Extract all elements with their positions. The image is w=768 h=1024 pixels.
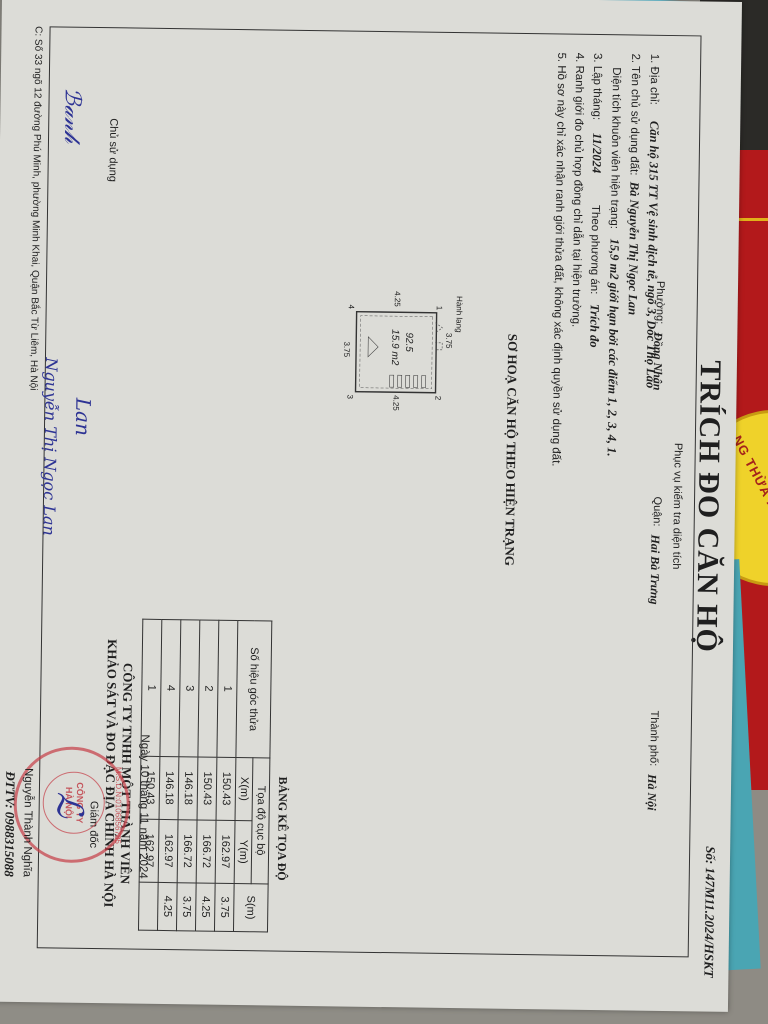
cell-y: 166.72 [177,819,197,882]
witness-signature: ℬ𝒶𝓃𝒽 [59,87,85,143]
director-phone: ĐTTV: 0988315088 [1,771,18,877]
address-label: 1. Địa chỉ: [648,54,661,105]
svg-text:4.25: 4.25 [391,395,400,411]
svg-text:3: 3 [345,395,354,400]
floor-plan-sketch: Hành lang 3.75 4.25 4.25 3.75 92.5 15.9 … [335,286,467,418]
footer-address: C: Số 33 ngõ 12 đường Phú Minh, phường M… [28,26,44,390]
address-value: Căn hộ 315 TT Vệ sinh dịch tễ, ngõ 3, Dố… [644,121,662,389]
cell-point: 2 [198,620,219,757]
cell-s: 4.25 [157,882,177,931]
cell-x: 150.43 [216,757,236,820]
cell-y: 162.97 [215,820,235,883]
cell-s: 4.25 [195,883,215,932]
owner-handwritten-name: Nguyễn Thị Ngọc Lan [39,357,60,536]
director-signature: ℒ [49,791,90,818]
method-label: Theo phương án: [588,205,601,295]
sketch-title: SƠ HOẠ CĂN HỘ THEO HIỆN TRẠNG [501,334,520,566]
header-x: X(m) [235,757,253,820]
director-name: Nguyễn Thành Nghĩa [21,768,35,877]
plot-number: 92.5 [403,332,414,352]
cell-s: 3.75 [214,883,234,932]
document-page: TRÍCH ĐO CĂN HỘ Số: 147M11.2024/HSKT Phụ… [0,0,742,1012]
month-label: 3. Lập tháng: [590,53,603,120]
cell-x: 146.18 [178,757,198,820]
header-local-coords: Tọa độ cục bộ [251,758,270,884]
svg-text:4: 4 [347,305,356,310]
svg-text:3.75: 3.75 [444,333,453,349]
header-point: Số hiệu góc thửa [236,621,272,758]
cell-point: 4 [160,619,181,756]
owner-value: Bà Nguyễn Thị Ngọc Lan [626,182,642,316]
owner-label: 2. Tên chủ sử dụng đất: [628,53,642,175]
document-number: Số: 147M11.2024/HSKT [700,846,718,978]
corridor-label: Hành lang [454,296,464,333]
cell-y: 162.97 [158,819,178,882]
cell-s: 3.75 [176,882,196,931]
cell-x: 150.43 [197,757,217,820]
area-value: 15,9 m2 giới hạn bởi các điểm 1, 2, 3, 4… [605,238,622,456]
month-value: 11/2024 [590,133,605,173]
header-s: S(m) [233,883,268,932]
coordinate-table-title: BẢNG KÊ TỌA ĐỘ [274,776,290,880]
svg-text:1: 1 [435,306,444,311]
header-y: Y(m) [234,820,252,883]
plot-area: 15.9 m2 [389,329,401,366]
owner-signature-label: Chủ sử dụng [106,118,119,182]
owner-signature: Lan [71,398,96,436]
cell-s [138,882,158,931]
method-value: Trích đo [587,304,602,348]
area-label: Diện tích khuôn viên hiện trạng: [608,67,622,229]
document-frame: 1. Địa chỉ: Căn hộ 315 TT Vệ sinh dịch t… [37,26,702,957]
info-section: 1. Địa chỉ: Căn hộ 315 TT Vệ sinh dịch t… [546,52,664,468]
svg-text:2: 2 [433,396,442,401]
cell-x: 146.18 [159,756,179,819]
cell-point: 3 [179,620,200,757]
svg-text:3.75: 3.75 [342,341,351,357]
cell-y: 166.72 [196,820,216,883]
cell-point: 1 [217,620,238,757]
coordinate-table: Số hiệu góc thửa Tọa độ cục bộ S(m) X(m)… [138,619,272,933]
signing-date: Ngày 10 tháng 11 năm 2024 [137,734,151,878]
svg-text:4.25: 4.25 [393,291,402,307]
